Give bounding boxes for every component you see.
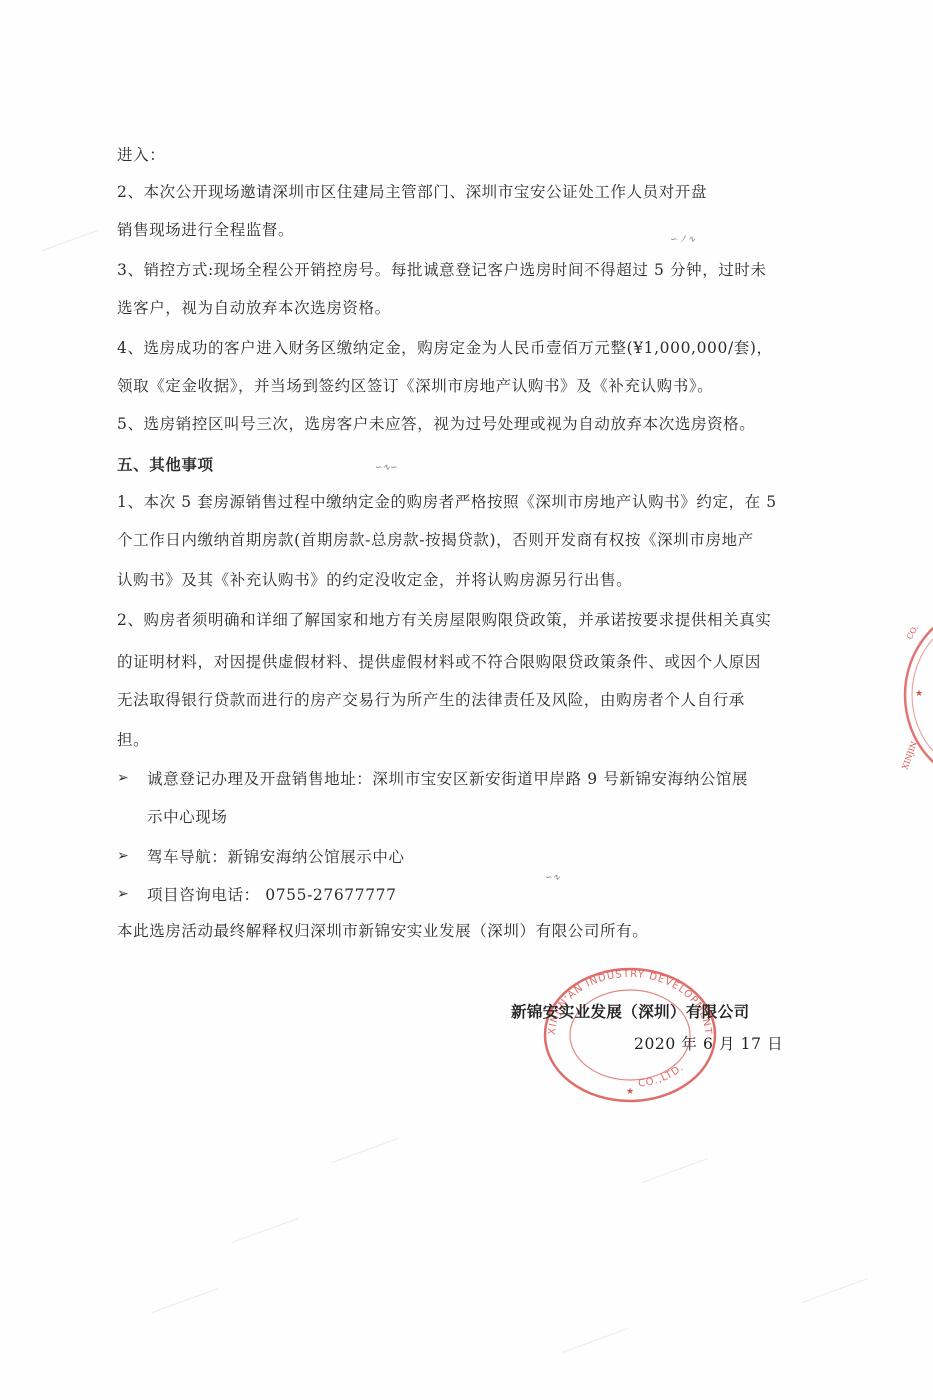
paragraph-line: 4、选房成功的客户进入财务区缴纳定金，购房定金为人民币壹佰万元整(¥1,000,…: [117, 338, 773, 358]
watermark-stroke: [232, 1218, 298, 1243]
paragraph-line: 认购书》及其《补充认购书》的约定没收定金，并将认购房源另行出售。: [117, 570, 632, 590]
company-signature: 新锦安实业发展（深圳）有限公司: [511, 1000, 750, 1022]
arrow-bullet-icon: ➢: [117, 848, 129, 864]
svg-text:★: ★: [626, 1087, 634, 1097]
paragraph-line: 无法取得银行贷款而进行的房产交易行为所产生的法律责任及风险，由购房者个人自行承: [117, 690, 745, 710]
paragraph-line: 进入：: [117, 145, 165, 165]
watermark-stroke: [152, 1288, 218, 1313]
paragraph-line: 3、销控方式:现场全程公开销控房号。每批诚意登记客户选房时间不得超过 5 分钟，…: [117, 260, 767, 280]
svg-text:XINJIN: XINJIN: [900, 740, 918, 771]
navigation-text: 驾车导航：新锦安海纳公馆展示中心: [147, 845, 405, 867]
paragraph-line: 5、选房销控区叫号三次，选房客户未应答，视为过号处理或视为自动放弃本次选房资格。: [117, 414, 755, 434]
paragraph-line: 领取《定金收据》，并当场到签约区签订《深圳市房地产认购书》及《补充认购书》。: [117, 376, 713, 396]
arrow-bullet-icon: ➢: [117, 770, 129, 786]
scan-artifact: ∽∿: [545, 873, 560, 883]
watermark-stroke: [642, 1158, 708, 1183]
svg-text:CO.: CO.: [905, 624, 920, 641]
paragraph-line: 销售现场进行全程监督。: [117, 220, 294, 240]
svg-text:CO.,LTD.: CO.,LTD.: [638, 1062, 687, 1090]
arrow-bullet-icon: ➢: [117, 886, 129, 902]
svg-text:★: ★: [915, 689, 923, 699]
address-continuation: 示中心现场: [147, 805, 228, 827]
document-page: 进入： 2、本次公开现场邀请深圳市区住建局主管部门、深圳市宝安公证处工作人员对开…: [0, 0, 933, 1400]
phone-text: 项目咨询电话： 0755-27677777: [147, 883, 397, 905]
watermark-stroke: [332, 1138, 398, 1163]
paragraph-line: 担。: [117, 730, 149, 750]
paragraph-line: 2、本次公开现场邀请深圳市区住建局主管部门、深圳市宝安公证处工作人员对开盘: [117, 182, 707, 202]
section-heading: 五、其他事项: [117, 455, 214, 475]
paragraph-line: 2、购房者须明确和详细了解国家和地方有关房屋限购限贷政策，并承诺按要求提供相关真…: [117, 610, 771, 630]
scan-artifact: ∽ ﾉ ∿: [670, 232, 695, 245]
partial-seal-stamp: CO. ★ XINJIN: [895, 600, 933, 790]
signature-date: 2020 年 6 月 17 日: [634, 1032, 783, 1054]
watermark-stroke: [42, 230, 99, 251]
paragraph-line: 1、本次 5 套房源销售过程中缴纳定金的购房者严格按照《深圳市房地产认购书》约定…: [117, 492, 777, 512]
svg-text:XINJIN'AN INDUSTRY DEVELOPMENT: XINJIN'AN INDUSTRY DEVELOPMENT (SHENZHEN…: [535, 960, 713, 1035]
closing-statement: 本此选房活动最终解释权归深圳市新锦安实业发展（深圳）有限公司所有。: [117, 921, 648, 941]
scan-artifact: ∽∿∽: [375, 463, 398, 473]
watermark-stroke: [802, 1278, 868, 1303]
paragraph-line: 选客户，视为自动放弃本次选房资格。: [117, 298, 391, 318]
paragraph-line: 的证明材料，对因提供虚假材料、提供虚假材料或不符合限购限贷政策条件、或因个人原因: [117, 652, 761, 672]
paragraph-line: 个工作日内缴纳首期房款(首期房款-总房款-按揭贷款)，否则开发商有权按《深圳市房…: [117, 530, 754, 550]
address-text: 诚意登记办理及开盘销售地址：深圳市宝安区新安街道甲岸路 9 号新锦安海纳公馆展: [147, 767, 748, 789]
watermark-stroke: [562, 1328, 628, 1353]
